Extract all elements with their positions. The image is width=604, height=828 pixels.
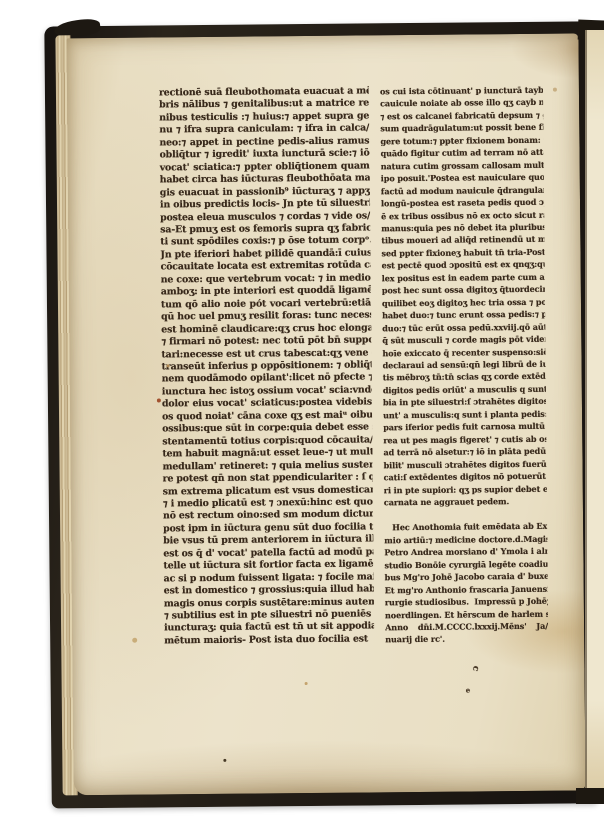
text-column-right: os cui ista cōtinuant' p iuncturā tayb s… — [380, 84, 548, 646]
foxing-spot — [305, 682, 308, 685]
colophon: Hec Anothomia fuit emēdata ab Eximio art… — [384, 520, 548, 646]
foxing-spot — [132, 638, 137, 643]
text-line: Anno dn̄i.M.CCCC.lxxxij.Mēns' Ja/ — [385, 620, 548, 634]
foxing-spot — [157, 398, 161, 402]
fore-edge-of-next-leaf — [585, 30, 604, 792]
text-line: bus Mg'ro Johē Jacobo caraia d' buxeto — [385, 570, 548, 584]
text-line: ad terrā nō alsetur:⁊ iō in plāta pedū r… — [383, 445, 546, 459]
binding-corner-bottom-right — [576, 788, 604, 804]
text-line: carnata ne aggrauet pedem. — [384, 495, 547, 509]
text-line: mētum maioris- Post ista duo focilia est — [164, 633, 374, 647]
ink-mark: ɔ — [469, 664, 482, 672]
text-line: longū-postea est raseta pedis quod ɔposi… — [381, 196, 544, 210]
text-line: rurgie studiosibus. Impressū p Johēʒ de — [385, 595, 548, 609]
text-line: ipo posuit.'Postea est nauiculare quod e… — [381, 171, 544, 185]
ink-mark: e — [466, 684, 470, 696]
text-line: quādo figitur cutim ad terram nō atterat… — [380, 146, 543, 160]
text-line: habet duo:⁊ tunc erunt ossa pedis:⁊ poll… — [382, 308, 545, 322]
book-page: rectionē suā fleubothomata euacuat a mēb… — [66, 33, 585, 795]
main-text-block: os cui ista cōtinuant' p iuncturā tayb s… — [380, 84, 547, 509]
text-line: post hec sunt ossa digitoʒ q̄tuordecim: … — [382, 283, 545, 297]
foxing-spot — [167, 364, 170, 367]
photo-of-incunabulum-page: rectionē suā fleubothomata euacuat a mēb… — [0, 0, 604, 828]
text-line: q̄ sūt musculi ⁊ corde magis pōt videri … — [382, 333, 545, 347]
text-line: cati:ſ extēdentes digitos nō potuerūt lo… — [384, 470, 547, 484]
foxing-spot — [553, 88, 557, 92]
book: rectionē suā fleubothomata euacuat a mēb… — [0, 0, 604, 828]
text-line: pars iferior pedis fuit carnosa multū pp… — [383, 420, 546, 434]
text-column-left: rectionē suā fleubothomata euacuat a mēb… — [159, 85, 374, 647]
text-line: nuarij die rc'. — [385, 632, 548, 646]
text-line: ri in pte supiori: qʒ ps supior debet es… — [384, 482, 547, 496]
foxing-spot — [223, 759, 226, 762]
